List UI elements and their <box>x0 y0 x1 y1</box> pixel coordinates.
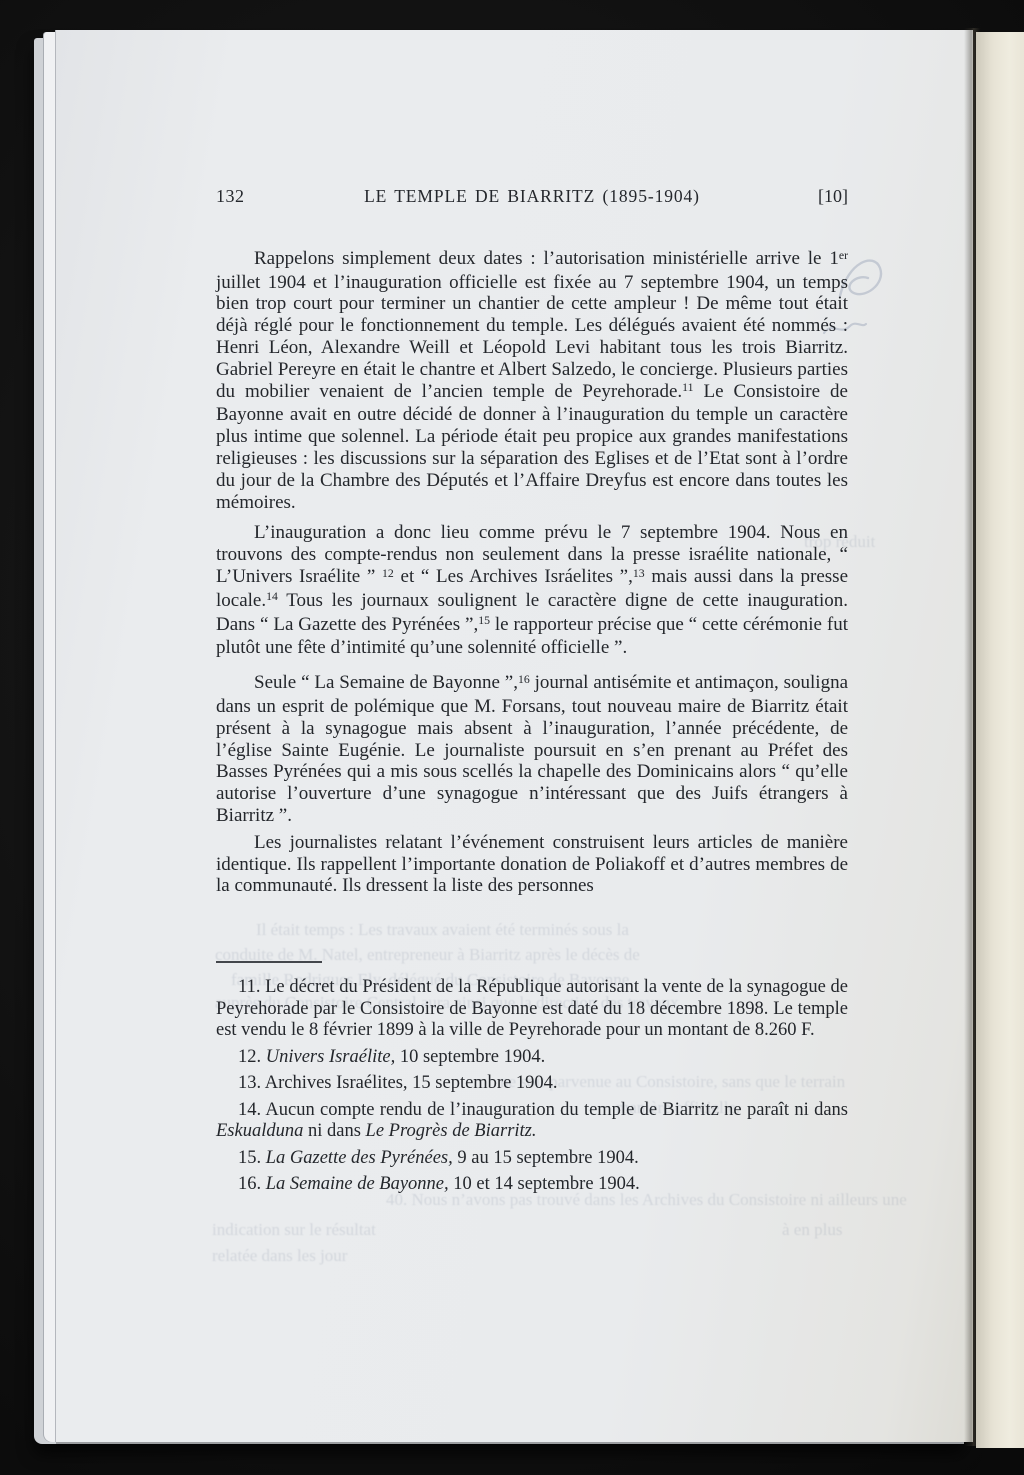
running-title: LE TEMPLE DE BIARRITZ (1895-1904) <box>311 186 753 208</box>
bleedthrough-text: relatée dans les jour <box>212 1246 347 1266</box>
footnote-rule <box>216 961 322 963</box>
footnote: 14. Aucun compte rendu de l’inauguration… <box>216 1100 848 1143</box>
paragraph: Seule “ La Semaine de Bayonne ”,16 journ… <box>216 672 848 827</box>
footnote: 15. La Gazette des Pyrénées, 9 au 15 sep… <box>216 1148 848 1170</box>
footnotes: 11. Le décret du Président de la Républi… <box>216 977 848 1196</box>
bleedthrough-text: indication sur le résultat <box>212 1220 376 1240</box>
page-content: 132 LE TEMPLE DE BIARRITZ (1895-1904) [1… <box>216 186 848 1201</box>
paragraph: Les journalistes relatant l’événement co… <box>216 832 848 897</box>
paragraph: Rappelons simplement deux dates : l’auto… <box>216 248 848 514</box>
paragraph: L’inauguration a donc lieu comme prévu l… <box>216 522 848 659</box>
footnote: 13. Archives Israélites, 15 septembre 19… <box>216 1073 848 1095</box>
folio-marker: [10] <box>753 186 848 208</box>
page-number: 132 <box>216 186 311 208</box>
footnote: 11. Le décret du Président de la Républi… <box>216 977 848 1042</box>
footnote: 16. La Semaine de Bayonne, 10 et 14 sept… <box>216 1174 848 1196</box>
body-paragraphs: Rappelons simplement deux dates : l’auto… <box>216 248 848 897</box>
facing-page-edge <box>976 32 1024 1448</box>
book-page: trop réduitIl était temps : Les travaux … <box>56 30 973 1442</box>
running-head: 132 LE TEMPLE DE BIARRITZ (1895-1904) [1… <box>216 186 848 208</box>
bleedthrough-text: à en plus <box>782 1220 842 1240</box>
footnote: 12. Univers Israélite, 10 septembre 1904… <box>216 1047 848 1069</box>
photo-of-open-book: { "page": { "number": "132", "running_ti… <box>0 0 1024 1475</box>
